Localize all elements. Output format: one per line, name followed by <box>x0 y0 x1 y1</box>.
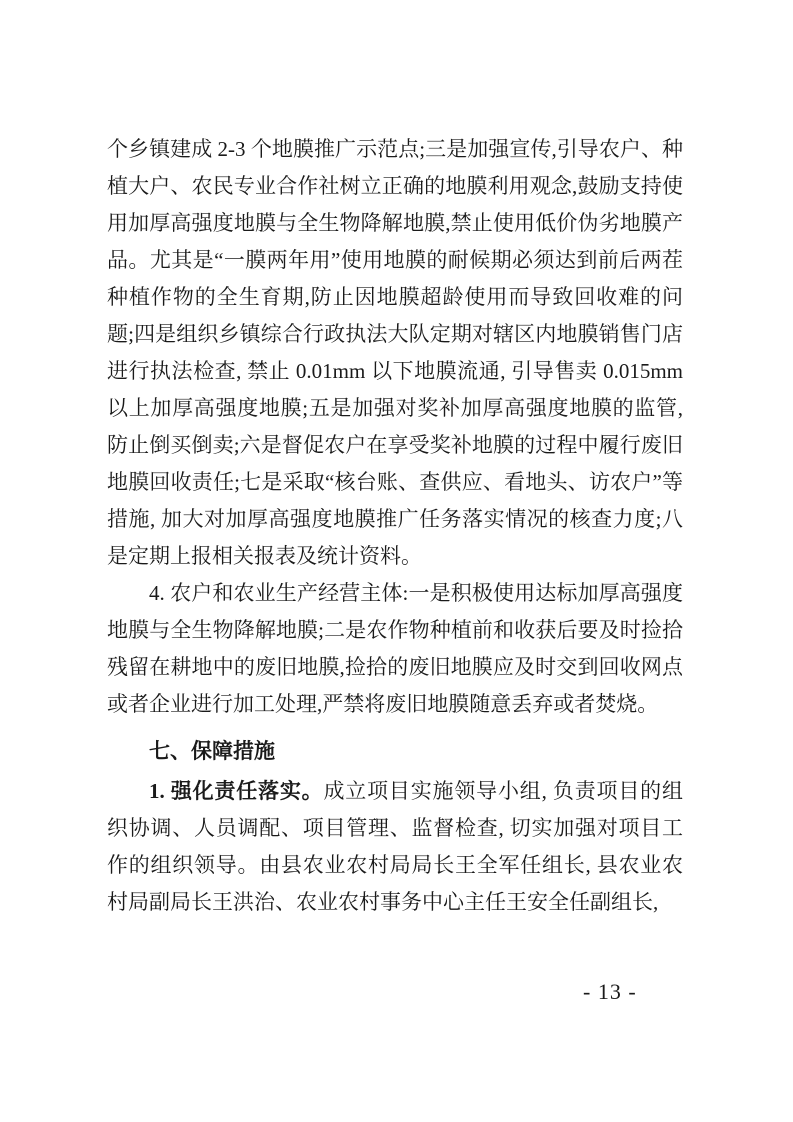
paragraph-bold-lead: 1. 强化责任落实。 <box>149 779 324 803</box>
document-page: 个乡镇建成 2-3 个地膜推广示范点;三是加强宣传,引导农户、种植大户、农民专业… <box>0 0 793 1122</box>
page-number: - 13 - <box>583 979 637 1005</box>
section-heading-safeguard-measures: 七、保障措施 <box>107 733 683 770</box>
body-paragraph-continuation: 个乡镇建成 2-3 个地膜推广示范点;三是加强宣传,引导农户、种植大户、农民专业… <box>107 131 683 575</box>
body-paragraph-responsibility: 1. 强化责任落实。成立项目实施领导小组, 负责项目的组织协调、人员调配、项目管… <box>107 773 683 921</box>
document-body: 个乡镇建成 2-3 个地膜推广示范点;三是加强宣传,引导农户、种植大户、农民专业… <box>107 131 683 921</box>
body-paragraph-item-4: 4. 农户和农业生产经营主体:一是积极使用达标加厚高强度地膜与全生物降解地膜;二… <box>107 575 683 723</box>
